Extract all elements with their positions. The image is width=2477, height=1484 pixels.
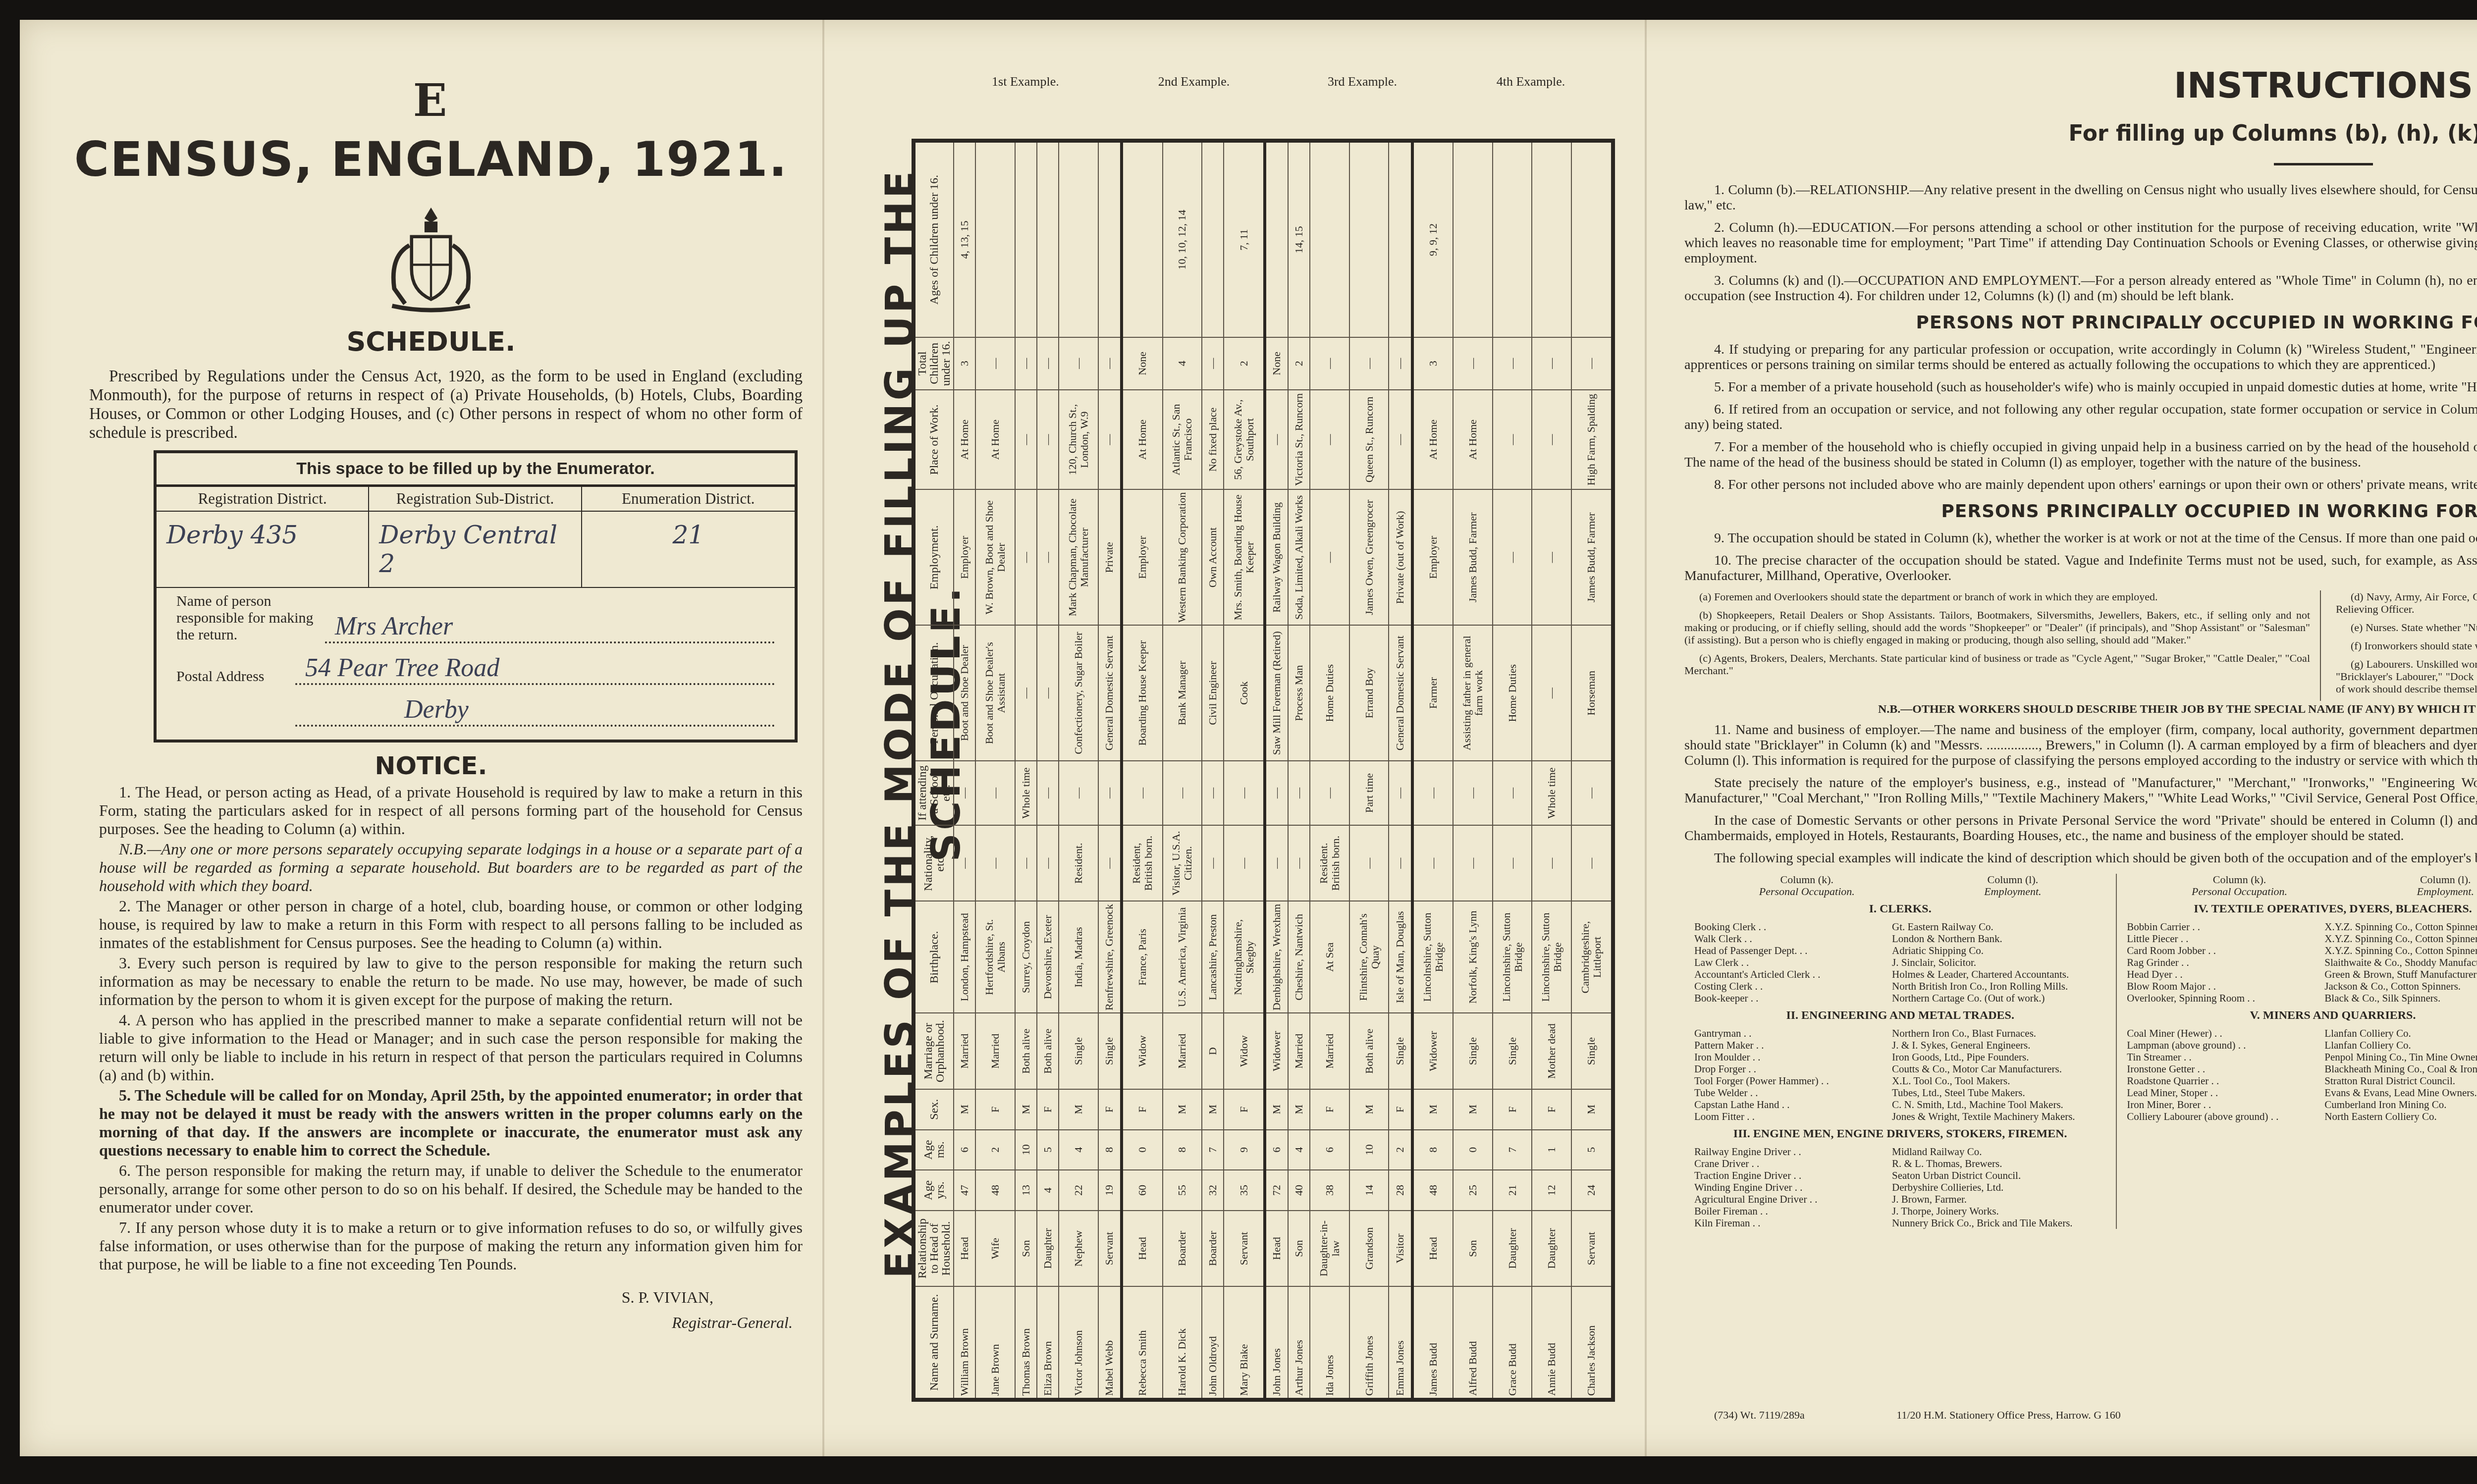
table-row: Victor JohnsonNephew224MSingleIndia, Mad… [1059,141,1098,1400]
cell-total: 3 [954,337,975,390]
cell-school: — [1122,761,1163,825]
cell-yrs: 13 [1015,1170,1037,1211]
cell-place: High Farm, Spalding [1571,390,1613,490]
cell-sex: M [1349,1089,1389,1130]
instruction-7: 7. For a member of the household who is … [1655,439,2477,470]
notice-item: 2. The Manager or other person in charge… [50,897,812,952]
cell-place: — [1015,390,1037,490]
cell-school: — [1453,761,1493,825]
cell-birth: India, Madras [1059,901,1098,1013]
occupation: Pattern Maker . . [1694,1039,1892,1051]
cell-name: Grace Budd [1493,1286,1532,1400]
cell-total: — [1059,337,1098,390]
examples-panel: EXAMPLES OF THE MODE OF FILLING UP THE S… [832,20,1645,1456]
cell-mar: Single [1493,1013,1532,1089]
employment: Black & Co., Silk Spinners. [2324,992,2477,1004]
cell-occ: — [1532,625,1571,761]
col-header: Personal Occupation. [914,625,954,761]
cell-rel: Head [954,1211,975,1287]
cell-yrs: 12 [1532,1170,1571,1211]
cell-nat: Resident. British born. [1310,825,1349,901]
example-row: Accountant's Articled Clerk . .Holmes & … [1694,968,2106,980]
employment: J. Brown, Farmer. [1892,1193,2106,1205]
cell-birth: Nottinghamshire, Skegby [1224,901,1265,1013]
cell-kids [1098,141,1122,337]
cell-emp: Mrs. Smith, Boarding House Keeper [1224,489,1265,625]
cell-emp: — [1493,489,1532,625]
occupation: Book-keeper . . [1694,992,1892,1004]
instruction-4: 4. If studying or preparing for any part… [1655,342,2477,372]
employment: North British Iron Co., Iron Rolling Mil… [1892,980,2106,992]
employment: Llanfan Colliery Co. [2324,1039,2477,1051]
employment: X.L. Tool Co., Tool Makers. [1892,1075,2106,1087]
cell-nat: — [1571,825,1613,901]
cell-name: Rebecca Smith [1122,1286,1163,1400]
cell-ms: 6 [954,1130,975,1170]
cell-school: — [1037,761,1059,825]
cell-nat: — [1412,825,1454,901]
occupation: Law Clerk . . [1694,956,1892,968]
sub-instruction-a: (a) Foremen and Overlookers should state… [1684,590,2310,603]
category-heading: IV. TEXTILE OPERATIVES, DYERS, BLEACHERS… [2127,902,2477,916]
cell-name: William Brown [954,1286,975,1400]
occupation: Accountant's Articled Clerk . . [1694,968,1892,980]
cell-name: Griffith Jones [1349,1286,1389,1400]
cell-total: 3 [1412,337,1454,390]
cell-mar: Both alive [1349,1013,1389,1089]
cell-rel: Servant [1571,1211,1613,1287]
cell-occ: Boot and Shoe Dealer's Assistant [975,625,1015,761]
cell-total: 2 [1288,337,1310,390]
column-headings: Column (k).Personal Occupation.Column (l… [1694,874,2106,898]
cell-total: — [1571,337,1613,390]
example-row: Rag Grinder . .Slaithwaite & Co., Shoddy… [2127,956,2477,968]
cell-occ: Errand Boy [1349,625,1389,761]
cell-nat: Resident, British born. [1122,825,1163,901]
cell-total: — [1037,337,1059,390]
cell-occ: — [1037,625,1059,761]
cell-nat: — [1349,825,1389,901]
enumerator-box: This space to be filled up by the Enumer… [154,450,798,742]
example-row: Tube Welder . .Tubes, Ltd., Steel Tube M… [1694,1087,2106,1099]
cell-school: — [1412,761,1454,825]
cell-name: Ida Jones [1310,1286,1349,1400]
section-heading-occupied: PERSONS PRINCIPALLY OCCUPIED IN WORKING … [1655,501,2477,522]
cell-ms: 10 [1349,1130,1389,1170]
occupation: Boiler Fireman . . [1694,1205,1892,1217]
cell-kids [975,141,1015,337]
cell-total: — [1532,337,1571,390]
cell-name: Annie Budd [1532,1286,1571,1400]
table-row: Charles JacksonServant245MSingleCambridg… [1571,141,1613,1400]
occupation: Tin Streamer . . [2127,1051,2324,1063]
cell-ms: 8 [1098,1130,1122,1170]
table-row: Jane BrownWife482FMarriedHertfordshire, … [975,141,1015,1400]
cell-occ: Bank Manager [1163,625,1202,761]
cell-sex: F [1122,1089,1163,1130]
cell-name: Charles Jackson [1571,1286,1613,1400]
cell-kids [1493,141,1532,337]
cell-mar: Single [1059,1013,1098,1089]
example-row: Booking Clerk . .Gt. Eastern Railway Co. [1694,921,2106,933]
cell-name: Emma Jones [1389,1286,1412,1400]
notice-item: 5. The Schedule will be called for on Mo… [50,1086,812,1160]
occupation: Capstan Lathe Hand . . [1694,1099,1892,1111]
cell-birth: Norfolk, King's Lynn [1453,901,1493,1013]
cell-birth: Lancashire, Preston [1202,901,1224,1013]
cell-occ: Boot and Shoe Dealer [954,625,975,761]
cell-birth: Devonshire, Exeter [1037,901,1059,1013]
examples-table-rotated: Name and Surname. Relationship to Head o… [912,139,1615,1402]
cell-kids [1059,141,1098,337]
cell-nat: — [1015,825,1037,901]
cell-emp: Soda, Limited, Alkali Works [1288,489,1310,625]
cell-name: Harold K. Dick [1163,1286,1202,1400]
enumerator-box-heading: This space to be filled up by the Enumer… [157,453,795,487]
cell-yrs: 14 [1349,1170,1389,1211]
cell-kids: 7, 11 [1224,141,1265,337]
cell-total: 2 [1224,337,1265,390]
cell-mar: Single [1098,1013,1122,1089]
cell-yrs: 4 [1037,1170,1059,1211]
section-heading-not-occupied: PERSONS NOT PRINCIPALLY OCCUPIED IN WORK… [1655,313,2477,333]
col-header: Place of Work. [914,390,954,490]
cell-nat: — [1288,825,1310,901]
table-row: Ida JonesDaughter-in-law386FMarriedAt Se… [1310,141,1349,1400]
example-row: Coal Miner (Hewer) . .Llanfan Colliery C… [2127,1027,2477,1039]
employment: Llanfan Colliery Co. [2324,1027,2477,1039]
cell-rel: Daughter [1493,1211,1532,1287]
cell-ms: 4 [1288,1130,1310,1170]
cell-place: — [1310,390,1349,490]
col-header: Total Children under 16. [914,337,954,390]
cell-birth: Cambridgeshire, Littleport [1571,901,1613,1013]
cell-place: — [1389,390,1412,490]
example-row: Loom Fitter . .Jones & Wright, Textile M… [1694,1111,2106,1122]
cell-school: — [1493,761,1532,825]
table-header-row: Name and Surname. Relationship to Head o… [914,141,954,1400]
table-row: Annie BuddDaughter121FMother deadLincoln… [1532,141,1571,1400]
cell-sex: F [1037,1089,1059,1130]
cell-kids [1571,141,1613,337]
occupation: Crane Driver . . [1694,1158,1892,1169]
cell-sex: F [1098,1089,1122,1130]
cell-occ: Home Duties [1310,625,1349,761]
instructions-panel: INSTRUCTIONS For filling up Columns (b),… [1655,20,2477,1456]
cell-mar: Single [1571,1013,1613,1089]
cell-nat: — [1389,825,1412,901]
cell-total: 4 [1163,337,1202,390]
print-footer: (734) Wt. 7119/289a 11/20 H.M. Stationer… [1714,1409,2210,1422]
column-label: Column (k). [1780,873,1833,886]
instruction-2: 2. Column (h).—EDUCATION.—For persons at… [1655,220,2477,266]
cell-school: — [1059,761,1098,825]
cell-kids [1532,141,1571,337]
registration-district-field[interactable]: Derby 435 [157,512,369,588]
cover-panel: E CENSUS, ENGLAND, 1921. SCHEDULE. Presc… [50,20,812,1456]
employment: Evans & Evans, Lead Mine Owners. [2324,1087,2477,1099]
example-row: Agricultural Engine Driver . .J. Brown, … [1694,1193,2106,1205]
cell-name: Alfred Budd [1453,1286,1493,1400]
cell-school: — [1288,761,1310,825]
cell-school: Part time [1349,761,1389,825]
occupation: Loom Fitter . . [1694,1111,1892,1122]
cell-yrs: 24 [1571,1170,1613,1211]
instruction-11d: The following special examples will indi… [1655,850,2477,866]
occupation: Iron Moulder . . [1694,1051,1892,1063]
fold-line [822,20,824,1456]
postal-address-line1-field[interactable]: 54 Pear Tree Road [295,653,775,685]
cell-rel: Son [1453,1211,1493,1287]
category-heading: V. MINERS AND QUARRIERS. [2127,1009,2477,1022]
cell-ms: 4 [1059,1130,1098,1170]
enumeration-district-field[interactable]: 21 [582,512,795,588]
table-row: Harold K. DickBoarder558MMarriedU.S. Ame… [1163,141,1202,1400]
example-row: Blow Room Major . .Jackson & Co., Cotton… [2127,980,2477,992]
cell-school: Whole time [1015,761,1037,825]
postal-address-line2-field[interactable]: Derby [295,695,775,727]
occupation: Blow Room Major . . [2127,980,2324,992]
cell-mar: Single [1389,1013,1412,1089]
cell-rel: Head [1122,1211,1163,1287]
cell-nat: — [1453,825,1493,901]
cell-total: — [1310,337,1349,390]
census-schedule-sheet: E CENSUS, ENGLAND, 1921. SCHEDULE. Presc… [20,20,2477,1456]
cell-school: — [1098,761,1122,825]
employment: C. N. Smith, Ltd., Machine Tool Makers. [1892,1099,2106,1111]
cell-nat: — [1202,825,1224,901]
table-row: Thomas BrownSon1310MBoth aliveSurrey, Cr… [1015,141,1037,1400]
examples-column: Column (k).Personal Occupation.Column (l… [1684,874,2117,1229]
cell-emp: James Budd, Farmer [1571,489,1613,625]
employment: London & Northern Bank. [1892,933,2106,945]
notice-item: 6. The person responsible for making the… [50,1162,812,1217]
cell-sex: M [1163,1089,1202,1130]
example-row: Ironstone Getter . .Blackheath Mining Co… [2127,1063,2477,1075]
cell-yrs: 22 [1059,1170,1098,1211]
cell-kids [1389,141,1412,337]
occupation: Little Piecer . . [2127,933,2324,945]
employment: X.Y.Z. Spinning Co., Cotton Spinners. [2324,933,2477,945]
cell-name: Mabel Webb [1098,1286,1122,1400]
print-code: (734) Wt. 7119/289a [1714,1409,1805,1421]
cell-name: Jane Brown [975,1286,1015,1400]
category-heading: I. CLERKS. [1694,902,2106,916]
sub-instruction-b: (b) Shopkeepers, Retail Dealers or Shop … [1684,609,2310,646]
employment: Blackheath Mining Co., Coal & Iron Mines… [2324,1063,2477,1075]
cell-sex: M [1015,1089,1037,1130]
cell-rel: Boarder [1163,1211,1202,1287]
employment: Slaithwaite & Co., Shoddy Manufacturers. [2324,956,2477,968]
instruction-6: 6. If retired from an occupation or serv… [1655,402,2477,432]
example-label: 3rd Example. [1278,74,1447,89]
cell-nat: — [1037,825,1059,901]
cell-kids [1037,141,1059,337]
fold-line [1645,20,1647,1456]
cell-birth: Cheshire, Nantwich [1288,901,1310,1013]
cell-emp: Private [1098,489,1122,625]
table-row: Arthur JonesSon404MMarriedCheshire, Nant… [1288,141,1310,1400]
col-header: Nationality, etc. [914,825,954,901]
example-row: Tin Streamer . .Penpol Mining Co., Tin M… [2127,1051,2477,1063]
examples-table: Name and Surname. Relationship to Head o… [912,139,1615,1402]
cell-rel: Servant [1224,1211,1265,1287]
cell-sex: M [1412,1089,1454,1130]
col-k-heading: Column (k).Personal Occupation. [2192,874,2287,898]
registration-subdistrict-label: Registration Sub-District. [369,487,582,512]
example-row: Head of Passenger Dept. . .Adriatic Ship… [1694,945,2106,956]
cell-sex: F [1224,1089,1265,1130]
cell-emp: Own Account [1202,489,1224,625]
cell-birth: Hertfordshire, St. Albans [975,901,1015,1013]
example-row: Gantryman . .Northern Iron Co., Blast Fu… [1694,1027,2106,1039]
cell-school: — [975,761,1015,825]
cell-sex: F [1493,1089,1532,1130]
table-row: William BrownHead476MMarriedLondon, Hamp… [954,141,975,1400]
page-title: CENSUS, ENGLAND, 1921. [50,132,812,187]
column-headings: Column (k).Personal Occupation.Column (l… [2127,874,2477,898]
notice-item: 1. The Head, or person acting as Head, o… [50,783,812,838]
cell-place: At Home [1122,390,1163,490]
cell-sex: M [1202,1089,1224,1130]
cell-birth: Lincolnshire, Sutton Bridge [1412,901,1454,1013]
registration-subdistrict-field[interactable]: Derby Central 2 [369,512,582,588]
cell-yrs: 35 [1224,1170,1265,1211]
occupation: Card Room Jobber . . [2127,945,2324,956]
col-header: If attending a School etc. [914,761,954,825]
example-row: Costing Clerk . .North British Iron Co.,… [1694,980,2106,992]
cell-place: Atlantic St., San Francisco [1163,390,1202,490]
employment: Adriatic Shipping Co. [1892,945,2106,956]
cell-ms: 7 [1493,1130,1532,1170]
cell-birth: At Sea [1310,901,1349,1013]
cell-place: At Home [1412,390,1454,490]
cell-nat: Resident. [1059,825,1098,901]
table-row: John JonesHead726MWidowerDenbighshire, W… [1265,141,1288,1400]
column-subheading: Personal Occupation. [1759,886,1855,898]
sub-instruction-d: (d) Navy, Army, Air Force, Civil Service… [2336,590,2477,615]
cell-place: — [1098,390,1122,490]
cell-nat: — [1532,825,1571,901]
table-row: John OldroydBoarder327MDLancashire, Pres… [1202,141,1224,1400]
cell-mar: Widower [1412,1013,1454,1089]
cell-ms: 0 [1453,1130,1493,1170]
cell-yrs: 19 [1098,1170,1122,1211]
cell-occ: General Domestic Servant [1098,625,1122,761]
cell-total: — [975,337,1015,390]
cell-mar: Widow [1224,1013,1265,1089]
col-header: Ages of Children under 16. [914,141,954,337]
cell-kids: 14, 15 [1288,141,1310,337]
cell-name: Victor Johnson [1059,1286,1098,1400]
cell-emp: — [1015,489,1037,625]
occupation: Tool Forger (Power Hammer) . . [1694,1075,1892,1087]
employment: Jones & Wright, Textile Machinery Makers… [1892,1111,2106,1122]
cell-occ: Civil Engineer [1202,625,1224,761]
example-row: Walk Clerk . .London & Northern Bank. [1694,933,2106,945]
cell-place: — [1493,390,1532,490]
example-row: Card Room Jobber . .X.Y.Z. Spinning Co.,… [2127,945,2477,956]
cell-total: None [1265,337,1288,390]
cell-total: — [1389,337,1412,390]
occupation: Railway Engine Driver . . [1694,1146,1892,1158]
employment: Coutts & Co., Motor Car Manufacturers. [1892,1063,2106,1075]
cell-sex: F [975,1089,1015,1130]
example-row: Winding Engine Driver . .Derbyshire Coll… [1694,1181,2106,1193]
cell-rel: Daughter [1532,1211,1571,1287]
instruction-9: 9. The occupation should be stated in Co… [1655,530,2477,546]
cell-school: — [1202,761,1224,825]
cell-occ: Home Duties [1493,625,1532,761]
cell-sex: M [1265,1089,1288,1130]
cell-occ: Assisting father in general farm work [1453,625,1493,761]
cell-total: None [1122,337,1163,390]
occupation: Booking Clerk . . [1694,921,1892,933]
cell-kids: 10, 10, 12, 14 [1163,141,1202,337]
cell-place: Queen St., Runcorn [1349,390,1389,490]
example-row: Little Piecer . .X.Y.Z. Spinning Co., Co… [2127,933,2477,945]
occupation: Rag Grinder . . [2127,956,2324,968]
cell-emp: — [1310,489,1349,625]
cell-name: Mary Blake [1224,1286,1265,1400]
cell-yrs: 40 [1288,1170,1310,1211]
column-label: Column (l). [2420,873,2471,886]
notice-nb: N.B.—Any one or more persons separately … [50,840,812,895]
cell-rel: Daughter [1037,1211,1059,1287]
cell-rel: Son [1015,1211,1037,1287]
prescribed-text: Prescribed by Regulations under the Cens… [50,367,812,442]
cell-occ: Saw Mill Foreman (Retired) [1265,625,1288,761]
cell-nat: — [975,825,1015,901]
cell-name: John Oldroyd [1202,1286,1224,1400]
example-labels: 1st Example. 2nd Example. 3rd Example. 4… [941,74,1615,89]
cell-sex: M [1059,1089,1098,1130]
cell-occ: — [1015,625,1037,761]
cell-ms: 2 [975,1130,1015,1170]
cell-mar: Married [1163,1013,1202,1089]
example-row: Book-keeper . .Northern Cartage Co. (Out… [1694,992,2106,1004]
cell-emp: Employer [1122,489,1163,625]
cell-ms: 5 [1571,1130,1613,1170]
cell-total: — [1493,337,1532,390]
example-label: 1st Example. [941,74,1110,89]
cell-rel: Servant [1098,1211,1122,1287]
instruction-3: 3. Columns (k) and (l).—OCCUPATION AND E… [1655,273,2477,304]
example-row: Boiler Fireman . .J. Thorpe, Joinery Wor… [1694,1205,2106,1217]
employment: X.Y.Z. Spinning Co., Cotton Spinners. [2324,921,2477,933]
col-header: Sex. [914,1089,954,1130]
table-row: Alfred BuddSon250MSingleNorfolk, King's … [1453,141,1493,1400]
responsible-person-field[interactable]: Mrs Archer [325,612,775,643]
col-header: Age ms. [914,1130,954,1170]
employment: J. Sinclair, Solicitor. [1892,956,2106,968]
cell-rel: Head [1265,1211,1288,1287]
cell-yrs: 48 [1412,1170,1454,1211]
occupation: Overlooker, Spinning Room . . [2127,992,2324,1004]
example-row: Drop Forger . .Coutts & Co., Motor Car M… [1694,1063,2106,1075]
example-row: Kiln Fireman . .Nunnery Brick Co., Brick… [1694,1217,2106,1229]
cell-occ: Cook [1224,625,1265,761]
cell-yrs: 72 [1265,1170,1288,1211]
employment: Green & Brown, Stuff Manufacturers. [2324,968,2477,980]
cell-ms: 1 [1532,1130,1571,1170]
cell-occ: General Domestic Servant [1389,625,1412,761]
cell-sex: F [1532,1089,1571,1130]
cell-school: — [1310,761,1349,825]
cell-birth: Surrey, Croydon [1015,901,1037,1013]
cell-nat: — [1265,825,1288,901]
employment: Nunnery Brick Co., Brick and Tile Makers… [1892,1217,2106,1229]
